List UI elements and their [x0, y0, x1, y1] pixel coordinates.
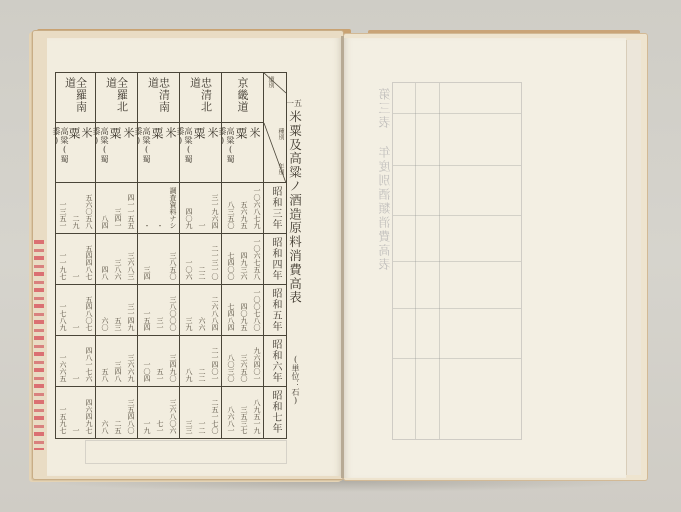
value-sorghum: 一五九七 [59, 406, 66, 434]
show-through-title: 第三表 年度別酒類消費高表 [376, 88, 393, 272]
header-corner: 道別 種別 年別 [264, 73, 286, 183]
kind-header-zenranan: 米 粟 高粱(蜀黍) [56, 123, 96, 183]
table-cell: 三八五〇三四 [138, 234, 180, 285]
value-sorghum: 四八 [101, 266, 108, 280]
unit-label: (単位：石) [290, 355, 301, 405]
table-number: 一五 [286, 98, 302, 109]
value-rice: 三六八〇六 [169, 399, 176, 434]
year-label: 昭和七年 [264, 387, 286, 438]
table-cell: 五六〇五八二九一三五一 [56, 183, 96, 234]
value-rice: 三一四九 [127, 303, 134, 331]
table-cell: 三八〇〇〇三一一五四 [138, 285, 180, 336]
value-rice: 九六四〇一 [253, 347, 260, 382]
red-ink-marks [34, 240, 44, 450]
value-millet: 一二 [198, 420, 205, 434]
table-cell: 三四九〇五一一〇四 [138, 336, 180, 387]
table-cell: 三六八〇六七一一九 [138, 387, 180, 438]
value-millet: 一 [72, 273, 79, 280]
table-cell: 三五四八〇二五六八 [96, 387, 138, 438]
value-millet: 二二 [198, 266, 205, 280]
value-rice: 五六〇五八 [85, 194, 92, 229]
book-gutter [341, 36, 344, 478]
value-sorghum: 三九 [185, 317, 192, 331]
value-millet: 五一 [156, 368, 163, 382]
value-rice: 一〇六七五八 [253, 238, 260, 280]
table-cell: 四六四九七一一五九七 [56, 387, 96, 438]
table-cell: 三一九六四一四〇九 [180, 183, 222, 234]
value-sorghum: 一七八九 [59, 303, 66, 331]
value-sorghum: 一九 [143, 420, 150, 434]
year-label: 昭和六年 [264, 336, 286, 387]
value-millet: 三六五〇 [240, 354, 247, 382]
value-millet: 五三 [114, 317, 121, 331]
table-cell: 八九五一九三五三七八六八一 [222, 387, 264, 438]
value-millet: 一 [72, 427, 79, 434]
value-millet: 四〇九五 [240, 303, 247, 331]
value-sorghum: 三三 [185, 420, 192, 434]
value-sorghum: 一〇六 [185, 259, 192, 280]
table-cell: 五四四八七一一一九七 [56, 234, 96, 285]
value-rice: 四一一五五 [127, 194, 134, 229]
value-millet: 一 [72, 324, 79, 331]
value-rice: 二六八八四 [211, 296, 218, 331]
kind-header-chuseinan: 米 粟 高粱(蜀黍) [138, 123, 180, 183]
value-millet: 三一 [156, 317, 163, 331]
table-title: 米粟及高粱ノ酒造原料消費高表 [288, 110, 301, 305]
table-cell: 調査資料ナシ・・ [138, 183, 180, 234]
region-header-chuseihoku: 忠清北道 [180, 73, 222, 123]
value-millet: 六六 [198, 317, 205, 331]
value-sorghum: 一六六五 [59, 354, 66, 382]
kind-header-keiki: 米 粟 高粱(蜀黍) [222, 123, 264, 183]
value-millet: 二五 [114, 420, 121, 434]
value-sorghum: 一五四 [143, 310, 150, 331]
table-cell: 二一四〇一二二八九 [180, 336, 222, 387]
value-sorghum: 八三五〇 [227, 201, 234, 229]
value-millet: 三四一 [114, 208, 121, 229]
value-rice: 四八一七六 [85, 347, 92, 382]
value-sorghum: 六八 [101, 420, 108, 434]
table-cell: 四一一五五三四一八四 [96, 183, 138, 234]
value-sorghum: 七四〇〇 [227, 252, 234, 280]
value-sorghum: 八四 [101, 215, 108, 229]
kind-header-chuseihoku: 米 粟 高粱(蜀黍) [180, 123, 222, 183]
value-sorghum: 一三五一 [59, 201, 66, 229]
table-cell: 二六八八四六六三九 [180, 285, 222, 336]
value-sorghum: 八〇三〇 [227, 354, 234, 382]
value-rice: 三八五〇 [169, 252, 176, 280]
table-cell: 三六六九三四八五八 [96, 336, 138, 387]
right-page-edge-strip [626, 40, 641, 475]
value-rice: 二一四〇一 [211, 347, 218, 382]
table-cell: 九六四〇一三六五〇八〇三〇 [222, 336, 264, 387]
value-sorghum: 三四 [143, 266, 150, 280]
value-sorghum: 五八 [101, 368, 108, 382]
value-sorghum: 八九 [185, 368, 192, 382]
kind-header-zenrahoku: 米 粟 高粱(蜀黍) [96, 123, 138, 183]
value-sorghum: 八六八一 [227, 406, 234, 434]
value-millet: 四九三六 [240, 252, 247, 280]
consumption-table: 道別 種別 年別 京畿道 忠清北道 忠清南道 全羅北道 全羅南道 米 粟 高粱(… [55, 72, 287, 439]
table-cell: 一〇六七五八四九三六七四〇〇 [222, 234, 264, 285]
value-rice: 八九五一九 [253, 399, 260, 434]
table-cell: 二一三一〇二二一〇六 [180, 234, 222, 285]
value-rice: 三六八三 [127, 252, 134, 280]
value-rice: 三六六九 [127, 354, 134, 382]
value-millet: 一 [198, 222, 205, 229]
show-through-lower-table [85, 440, 287, 464]
show-through-table [392, 82, 522, 440]
value-sorghum: ・ [143, 222, 150, 229]
value-millet: 二二 [198, 368, 205, 382]
header-year-label: 年別 [276, 163, 285, 175]
value-rice: 三一九六四 [211, 194, 218, 229]
region-header-zenranan: 全羅南道 [56, 73, 96, 123]
value-rice: 一〇〇七八〇 [253, 289, 260, 331]
header-region-label: 道別 [266, 76, 275, 88]
value-rice: 一〇六八七九 [253, 187, 260, 229]
region-header-keiki: 京畿道 [222, 73, 264, 123]
value-rice: 五四八〇七 [85, 296, 92, 331]
value-millet: 三五三七 [240, 406, 247, 434]
value-sorghum: 一〇四 [143, 361, 150, 382]
table-cell: 五四八〇七一一七八九 [56, 285, 96, 336]
value-rice: 五四四八七 [85, 245, 92, 280]
value-millet: 三四八 [114, 361, 121, 382]
region-header-zenrahoku: 全羅北道 [96, 73, 138, 123]
value-sorghum: 四〇九 [185, 208, 192, 229]
value-rice: 二一三一〇 [211, 245, 218, 280]
value-millet: 五六九五 [240, 201, 247, 229]
table-cell: 二五一七〇一二三三 [180, 387, 222, 438]
year-label: 昭和三年 [264, 183, 286, 234]
value-rice: 二五一七〇 [211, 399, 218, 434]
region-header-chuseinan: 忠清南道 [138, 73, 180, 123]
table-cell: 三一四九五三六〇 [96, 285, 138, 336]
table-cell: 四八一七六一一六六五 [56, 336, 96, 387]
header-kind-label: 種別 [276, 128, 285, 140]
value-rice: 三五四八〇 [127, 399, 134, 434]
value-millet: 一 [72, 375, 79, 382]
table-cell: 三六八三三八六四八 [96, 234, 138, 285]
value-millet: ・ [156, 222, 163, 229]
table-cell: 一〇六八七九五六九五八三五〇 [222, 183, 264, 234]
value-rice: 三八〇〇〇 [169, 296, 176, 331]
value-millet: 三八六 [114, 259, 121, 280]
value-rice: 三四九〇 [169, 354, 176, 382]
value-sorghum: 一一九七 [59, 252, 66, 280]
value-sorghum: 七四八四 [227, 303, 234, 331]
value-rice: 四六四九七 [85, 399, 92, 434]
value-rice: 調査資料ナシ [169, 187, 176, 229]
value-sorghum: 六〇 [101, 317, 108, 331]
year-label: 昭和四年 [264, 234, 286, 285]
value-millet: 二九 [72, 215, 79, 229]
table-cell: 一〇〇七八〇四〇九五七四八四 [222, 285, 264, 336]
year-label: 昭和五年 [264, 285, 286, 336]
value-millet: 七一 [156, 420, 163, 434]
